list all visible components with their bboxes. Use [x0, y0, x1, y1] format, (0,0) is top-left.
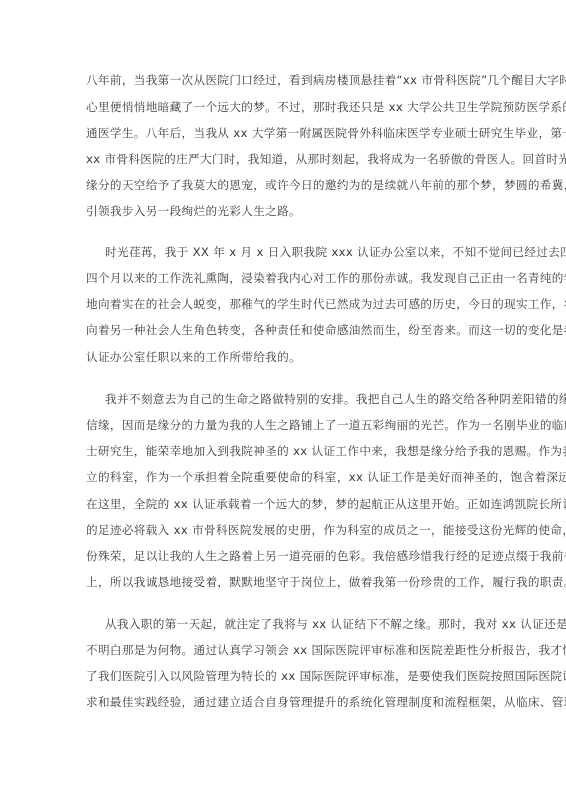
paragraph-3-line-5: 在这里，全院的 xx 认证承载着一个远大的梦，梦的起航正从这里开始。正如连鸿凯院…	[86, 497, 486, 511]
paragraph-1-line-5: 缘分的天空给予了我莫大的恩宠，或许今日的邀约为的是续就八年前的那个梦，梦圆的希冀…	[86, 178, 486, 192]
paragraph-4-line-3: 了我们医院引入以风险管理为特长的 xx 国际医院评审标准，是要使我们医院按照国际…	[86, 669, 486, 683]
paragraph-1-line-6: 引领我步入另一段绚烂的光彩人生之路。	[86, 204, 486, 218]
paragraph-1-line-2: 心里便悄悄地暗藏了一个远大的梦。不过，那时我还只是 xx 大学公共卫生学院预防医…	[86, 100, 486, 114]
paragraph-1-line-4: xx 市骨科医院的庄严大门时，我知道，从那时刻起，我将成为一名骄傲的骨医人。回首…	[86, 152, 486, 166]
paragraph-3-line-8: 上，所以我诚恳地接受着，默默地坚守于岗位上，做着我第一份珍贵的工作，履行我的职责…	[86, 575, 486, 589]
paragraph-2-line-5: 认证办公室任职以来的工作所带给我的。	[86, 350, 486, 364]
paragraph-3-line-1: 我并不刻意去为自己的生命之路做特别的安排。我把自己人生的路交给各种阴差阳错的缘。…	[105, 392, 505, 406]
paragraph-1-line-3: 通医学生。八年后，当我从 xx 大学第一附属医院骨外科临床医学专业硕士研究生毕业…	[86, 126, 486, 140]
paragraph-4-line-1: 从我入职的第一天起，就注定了我将与 xx 认证结下不解之缘。那时，我对 xx 认…	[105, 617, 505, 631]
paragraph-3-line-3: 士研究生，能荣幸地加入到我院神圣的 xx 认证工作中来，我想是缘分给予我的恩赐。…	[86, 444, 486, 458]
paragraph-4-line-2: 不明白那是为何物。通过认真学习领会 xx 国际医院评审标准和医院差距性分析报告，…	[86, 643, 486, 657]
paragraph-2-line-4: 向着另一种社会人生角色转变，各种责任和使命感油然而生，纷至沓来。而这一切的变化是…	[86, 323, 486, 337]
paragraph-2-line-3: 地向着实在的社会人蜕变，那稚气的学生时代已然成为过去可感的历史，今日的现实工作，…	[86, 297, 486, 311]
paragraph-4-line-4: 求和最佳实践经验，通过建立适合自身管理提升的系统化管理制度和流程框架，从临床、管…	[86, 695, 486, 709]
paragraph-2-line-1: 时光荏苒，我于 XX 年 x 月 x 日入职我院 xxx 认证办公室以来，不知不…	[105, 245, 505, 259]
paragraph-3-line-2: 信缘，因而是缘分的力量为我的人生之路铺上了一道五彩绚丽的光芒。作为一名刚毕业的临…	[86, 418, 486, 432]
paragraph-3-line-7: 份殊荣，足以让我的人生之路着上另一道亮丽的色彩。我倍感珍惜我行经的足迹点缀于我前…	[86, 549, 486, 563]
paragraph-2-line-2: 四个月以来的工作洗礼熏陶，浸染着我内心对工作的那份赤诚。我发现自己正由一名青纯的…	[86, 271, 486, 285]
document-page: 八年前，当我第一次从医院门口经过，看到病房楼顶悬挂着“xx 市骨科医院”几个醒目…	[0, 0, 566, 800]
paragraph-3-line-4: 立的科室，作为一个承担着全院重要使命的科室，xx 认证工作是美好而神圣的，饱含着…	[86, 470, 486, 484]
paragraph-3-line-6: 的足迹必将载入 xx 市骨科医院发展的史册，作为科室的成员之一，能接受这份光辉的…	[86, 523, 486, 537]
paragraph-1-line-1: 八年前，当我第一次从医院门口经过，看到病房楼顶悬挂着“xx 市骨科医院”几个醒目…	[86, 73, 486, 87]
